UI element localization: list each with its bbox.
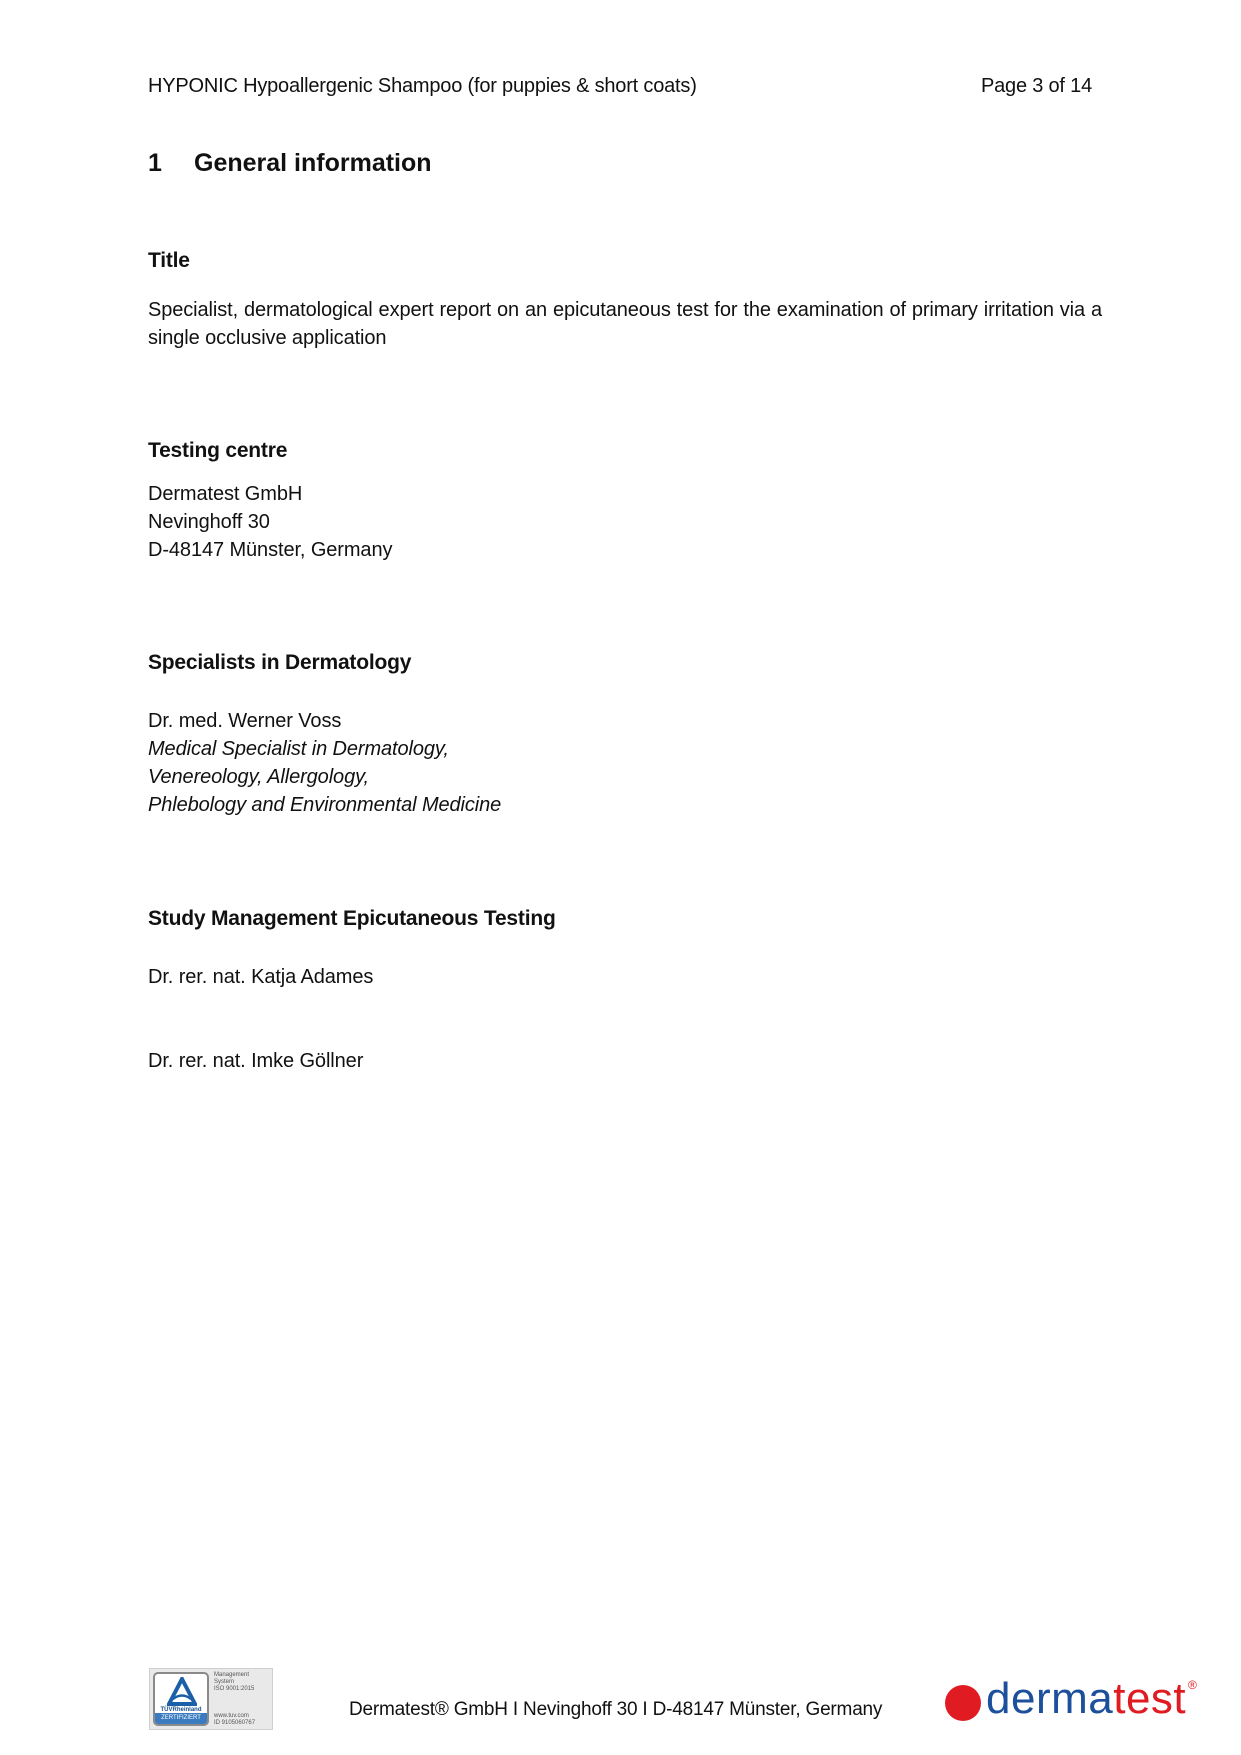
tuv-triangle-icon — [167, 1677, 197, 1707]
section-title: General information — [194, 149, 432, 177]
address-line: Dermatest GmbH — [148, 480, 392, 508]
document-page: HYPONIC Hypoallergenic Shampoo (for pupp… — [0, 0, 1241, 1755]
title-text: Specialist, dermatological expert report… — [148, 296, 1102, 352]
logo-red-dot — [945, 1685, 981, 1721]
registered-mark: ® — [1188, 1678, 1197, 1692]
logo-word-red: test — [1113, 1674, 1186, 1723]
logo-word-blue: derma — [986, 1674, 1113, 1723]
page-number: Page 3 of 14 — [981, 75, 1092, 98]
testing-centre-address: Dermatest GmbH Nevinghoff 30 D-48147 Mün… — [148, 480, 392, 564]
specialist-qualification: Phlebology and Environmental Medicine — [148, 791, 501, 819]
tuv-certification-badge: TÜVRheinland ZERTIFIZIERT Management Sys… — [149, 1668, 273, 1730]
certification-id: ID 9105060767 — [214, 1720, 255, 1727]
study-management-heading: Study Management Epicutaneous Testing — [148, 907, 556, 931]
testing-centre-heading: Testing centre — [148, 439, 287, 463]
address-line: Nevinghoff 30 — [148, 508, 392, 536]
address-line: D-48147 Münster, Germany — [148, 536, 392, 564]
certification-line: Management — [214, 1672, 249, 1679]
certification-web: www.tuv.com — [214, 1713, 249, 1720]
section-heading: 1General information — [148, 149, 432, 178]
specialist-qualification: Venereology, Allergology, — [148, 763, 501, 791]
study-manager: Dr. rer. nat. Imke Göllner — [148, 1047, 363, 1075]
specialists-heading: Specialists in Dermatology — [148, 651, 411, 675]
certification-line: ISO 9001:2015 — [214, 1686, 254, 1693]
specialist-qualification: Medical Specialist in Dermatology, — [148, 735, 501, 763]
study-manager: Dr. rer. nat. Katja Adames — [148, 963, 373, 991]
specialist-block: Dr. med. Werner Voss Medical Specialist … — [148, 707, 501, 819]
footer-address: Dermatest® GmbH I Nevinghoff 30 I D-4814… — [349, 1699, 882, 1721]
specialist-name: Dr. med. Werner Voss — [148, 707, 501, 735]
section-number: 1 — [148, 149, 194, 178]
certification-line: System — [214, 1679, 234, 1686]
tuv-rheinland-logo-icon: TÜVRheinland ZERTIFIZIERT — [153, 1672, 209, 1726]
running-header-title: HYPONIC Hypoallergenic Shampoo (for pupp… — [148, 75, 697, 98]
tuv-certified-label: ZERTIFIZIERT — [155, 1713, 207, 1724]
logo-wordmark: dermatest — [986, 1674, 1186, 1724]
title-heading: Title — [148, 249, 190, 273]
